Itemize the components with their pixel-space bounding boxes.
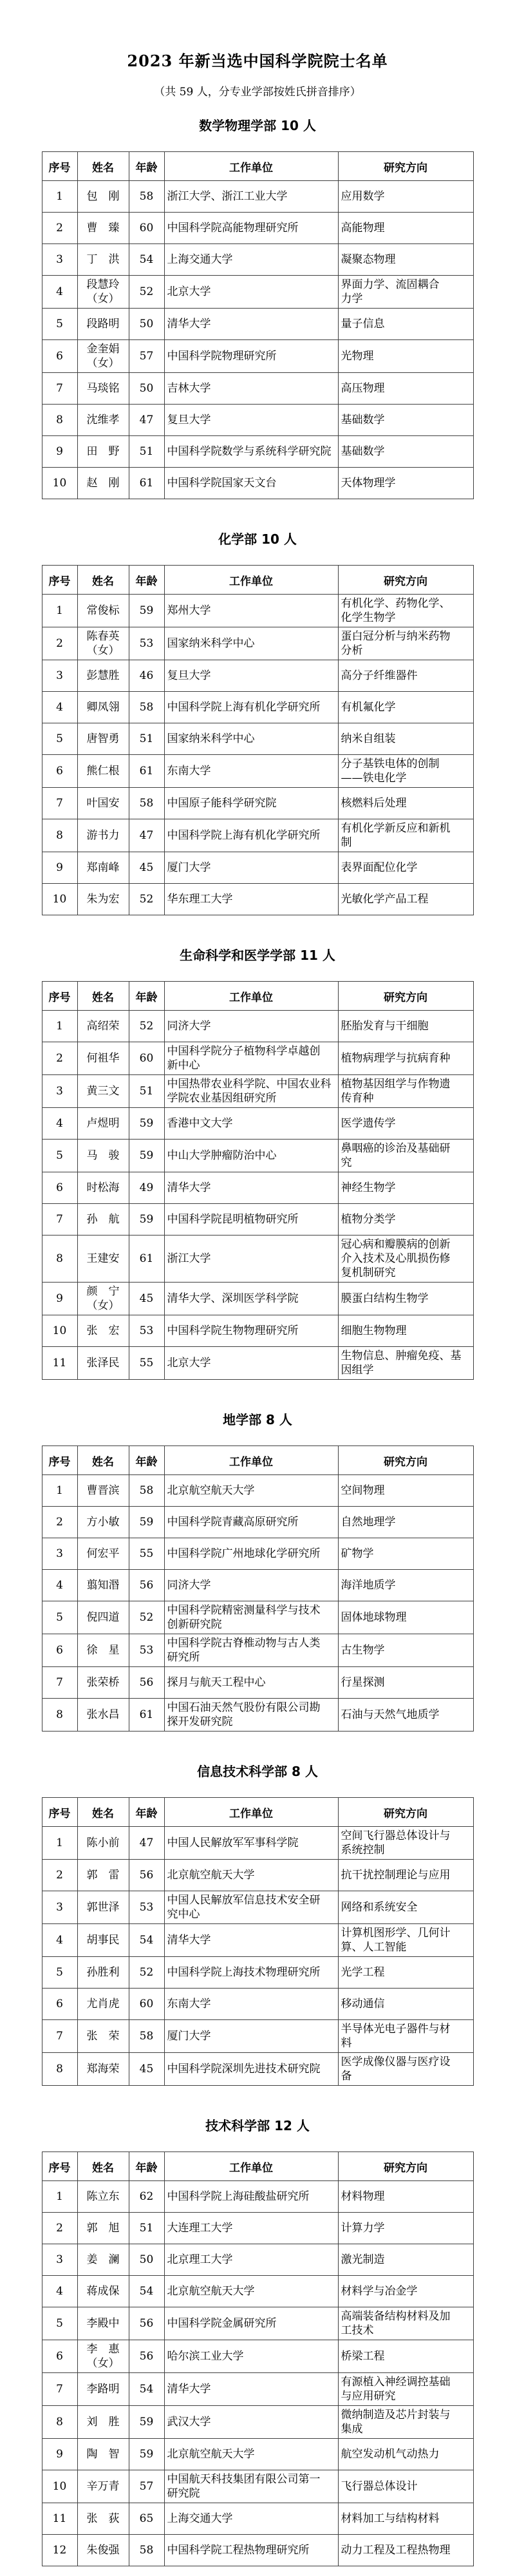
table-row: 8刘 胜59武汉大学微纳制造及芯片封装与 集成	[42, 2406, 473, 2439]
cell-no: 4	[42, 1924, 77, 1957]
cell-name: 田 野	[77, 436, 129, 468]
cell-name: 包 刚	[77, 181, 129, 213]
cell-field: 膜蛋白结构生物学	[338, 1283, 473, 1315]
column-header: 姓名	[77, 566, 129, 595]
table-row: 3郭世泽53中国人民解放军信息技术安全研 究中心网络和系统安全	[42, 1891, 473, 1924]
cell-no: 6	[42, 755, 77, 788]
cell-no: 6	[42, 1634, 77, 1667]
cell-field: 高分子纤维器件	[338, 660, 473, 692]
cell-field: 半导体光电子器件与材 料	[338, 2020, 473, 2053]
cell-field: 神经生物学	[338, 1172, 473, 1204]
table-row: 9田 野51中国科学院数学与系统科学研究院基础数学	[42, 436, 473, 468]
table-row: 2郭 旭51大连理工大学计算力学	[42, 2213, 473, 2244]
cell-name: 翦知湣	[77, 1570, 129, 1601]
cell-name: 卢煜明	[77, 1108, 129, 1140]
cell-age: 61	[129, 755, 164, 788]
cell-unit: 探月与航天工程中心	[164, 1667, 338, 1699]
cell-name: 朱俊强	[77, 2535, 129, 2566]
table-row: 3姜 澜50北京理工大学激光制造	[42, 2244, 473, 2276]
cell-name: 李 惠 （女）	[77, 2340, 129, 2373]
cell-age: 58	[129, 692, 164, 723]
cell-unit: 中国科学院工程热物理研究所	[164, 2535, 338, 2566]
table-row: 7李路明54清华大学有源植入神经调控基础 与应用研究	[42, 2373, 473, 2406]
section-heading: 技术科学部 12 人	[0, 2115, 515, 2136]
cell-field: 飞行器总体设计	[338, 2470, 473, 2503]
cell-field: 应用数学	[338, 181, 473, 213]
cell-name: 熊仁根	[77, 755, 129, 788]
column-header: 姓名	[77, 1798, 129, 1827]
cell-unit: 中国科学院高能物理研究所	[164, 213, 338, 244]
cell-name: 叶国安	[77, 788, 129, 819]
cell-no: 9	[42, 2439, 77, 2470]
table-row: 2陈春英 （女）53国家纳米科学中心蛋白冠分析与纳米药物 分析	[42, 627, 473, 660]
cell-field: 界面力学、流固耦合 力学	[338, 276, 473, 309]
table-row: 5倪四道52中国科学院精密测量科学与技术 创新研究院固体地球物理	[42, 1601, 473, 1634]
cell-age: 54	[129, 1924, 164, 1957]
cell-age: 47	[129, 1827, 164, 1860]
cell-age: 52	[129, 1601, 164, 1634]
cell-field: 材料物理	[338, 2181, 473, 2213]
table-row: 6李 惠 （女）56哈尔滨工业大学桥梁工程	[42, 2340, 473, 2373]
table-row: 8游书力47中国科学院上海有机化学研究所有机化学新反应和新机 制	[42, 819, 473, 852]
cell-field: 蛋白冠分析与纳米药物 分析	[338, 627, 473, 660]
cell-age: 51	[129, 436, 164, 468]
cell-age: 58	[129, 2535, 164, 2566]
cell-unit: 中国科学院金属研究所	[164, 2307, 338, 2340]
cell-field: 行星探测	[338, 1667, 473, 1699]
cell-unit: 北京航空航天大学	[164, 1860, 338, 1891]
table-row: 7孙 航59中国科学院昆明植物研究所植物分类学	[42, 1204, 473, 1236]
cell-field: 材料学与冶金学	[338, 2276, 473, 2307]
cell-no: 8	[42, 2406, 77, 2439]
cell-unit: 北京理工大学	[164, 2244, 338, 2276]
cell-name: 马 骏	[77, 1140, 129, 1172]
page-title: 2023 年新当选中国科学院院士名单	[0, 52, 515, 71]
cell-field: 医学成像仪器与医疗设 备	[338, 2053, 473, 2086]
cell-age: 58	[129, 788, 164, 819]
cell-age: 59	[129, 595, 164, 627]
cell-age: 55	[129, 1538, 164, 1570]
cell-field: 有机氟化学	[338, 692, 473, 723]
cell-field: 光学工程	[338, 1957, 473, 1989]
cell-field: 生物信息、肿瘤免疫、基 因组学	[338, 1347, 473, 1380]
table-row: 5马 骏59中山大学肿瘤防治中心鼻咽癌的诊治及基础研 究	[42, 1140, 473, 1172]
cell-name: 曹 臻	[77, 213, 129, 244]
cell-no: 3	[42, 244, 77, 276]
cell-field: 分子基铁电体的创制 ——铁电化学	[338, 755, 473, 788]
cell-name: 张 荻	[77, 2503, 129, 2535]
table-row: 7马琰铭50吉林大学高压物理	[42, 373, 473, 405]
cell-name: 方小敏	[77, 1507, 129, 1538]
column-header: 年龄	[129, 982, 164, 1011]
cell-unit: 中国科学院上海技术物理研究所	[164, 1957, 338, 1989]
cell-age: 53	[129, 1634, 164, 1667]
cell-field: 固体地球物理	[338, 1601, 473, 1634]
cell-no: 11	[42, 2503, 77, 2535]
cell-field: 空间飞行器总体设计与 系统控制	[338, 1827, 473, 1860]
cell-field: 植物基因组学与作物遗 传育种	[338, 1075, 473, 1108]
cell-name: 何宏平	[77, 1538, 129, 1570]
cell-no: 7	[42, 788, 77, 819]
column-header: 工作单位	[164, 1446, 338, 1475]
cell-no: 3	[42, 1891, 77, 1924]
cell-name: 张水昌	[77, 1699, 129, 1732]
column-header: 研究方向	[338, 1446, 473, 1475]
cell-name: 段慧玲 （女）	[77, 276, 129, 309]
cell-unit: 武汉大学	[164, 2406, 338, 2439]
cell-age: 55	[129, 1347, 164, 1380]
cell-field: 桥梁工程	[338, 2340, 473, 2373]
cell-age: 47	[129, 819, 164, 852]
cell-no: 2	[42, 627, 77, 660]
cell-no: 8	[42, 819, 77, 852]
cell-unit: 华东理工大学	[164, 884, 338, 915]
cell-field: 纳米自组装	[338, 723, 473, 755]
page-subtitle: （共 59 人，分专业学部按姓氏拼音排序）	[0, 85, 515, 100]
cell-no: 6	[42, 1989, 77, 2020]
cell-age: 51	[129, 2213, 164, 2244]
cell-no: 2	[42, 1507, 77, 1538]
table-row: 1曹晋滨58北京航空航天大学空间物理	[42, 1475, 473, 1507]
column-header: 年龄	[129, 2152, 164, 2181]
section-heading: 数学物理学部 10 人	[0, 115, 515, 136]
cell-no: 3	[42, 1075, 77, 1108]
cell-unit: 清华大学	[164, 1924, 338, 1957]
table-row: 1陈小前47中国人民解放军军事科学院空间飞行器总体设计与 系统控制	[42, 1827, 473, 1860]
cell-no: 7	[42, 2373, 77, 2406]
department-section: 化学部 10 人序号姓名年龄工作单位研究方向1常俊标59郑州大学有机化学、药物化…	[0, 529, 515, 915]
cell-name: 常俊标	[77, 595, 129, 627]
header-row: 序号姓名年龄工作单位研究方向	[42, 982, 473, 1011]
column-header: 年龄	[129, 1446, 164, 1475]
column-header: 研究方向	[338, 566, 473, 595]
table-row: 9颜 宁 （女）45清华大学、深圳医学科学院膜蛋白结构生物学	[42, 1283, 473, 1315]
roster-table: 序号姓名年龄工作单位研究方向1曹晋滨58北京航空航天大学空间物理2方小敏59中国…	[42, 1445, 474, 1732]
cell-unit: 中国科学院上海有机化学研究所	[164, 819, 338, 852]
table-row: 2何祖华60中国科学院分子植物科学卓越创 新中心植物病理学与抗病育种	[42, 1042, 473, 1075]
cell-no: 2	[42, 1860, 77, 1891]
cell-field: 植物分类学	[338, 1204, 473, 1236]
cell-age: 59	[129, 1140, 164, 1172]
cell-unit: 浙江大学	[164, 1236, 338, 1283]
cell-name: 张 荣	[77, 2020, 129, 2053]
cell-age: 65	[129, 2503, 164, 2535]
cell-name: 张荣桥	[77, 1667, 129, 1699]
column-header: 序号	[42, 152, 77, 181]
cell-field: 光物理	[338, 340, 473, 373]
table-row: 2郭 雷56北京航空航天大学抗干扰控制理论与应用	[42, 1860, 473, 1891]
cell-unit: 清华大学	[164, 309, 338, 340]
table-row: 1陈立东62中国科学院上海硅酸盐研究所材料物理	[42, 2181, 473, 2213]
cell-age: 59	[129, 2406, 164, 2439]
cell-name: 胡事民	[77, 1924, 129, 1957]
table-row: 7张荣桥56探月与航天工程中心行星探测	[42, 1667, 473, 1699]
cell-age: 60	[129, 1989, 164, 2020]
cell-name: 郑南峰	[77, 852, 129, 884]
cell-field: 高压物理	[338, 373, 473, 405]
table-row: 6熊仁根61东南大学分子基铁电体的创制 ——铁电化学	[42, 755, 473, 788]
cell-no: 8	[42, 2053, 77, 2086]
table-row: 1高绍荣52同济大学胚胎发育与干细胞	[42, 1011, 473, 1042]
cell-name: 郭 旭	[77, 2213, 129, 2244]
cell-unit: 吉林大学	[164, 373, 338, 405]
cell-no: 12	[42, 2535, 77, 2566]
column-header: 序号	[42, 2152, 77, 2181]
cell-no: 10	[42, 2470, 77, 2503]
cell-field: 凝聚态物理	[338, 244, 473, 276]
department-section: 地学部 8 人序号姓名年龄工作单位研究方向1曹晋滨58北京航空航天大学空间物理2…	[0, 1409, 515, 1732]
cell-field: 基础数学	[338, 405, 473, 436]
cell-name: 辛万青	[77, 2470, 129, 2503]
cell-unit: 中国科学院古脊椎动物与古人类 研究所	[164, 1634, 338, 1667]
cell-name: 孙胜利	[77, 1957, 129, 1989]
cell-unit: 中国科学院昆明植物研究所	[164, 1204, 338, 1236]
cell-field: 高端装备结构材料及加 工技术	[338, 2307, 473, 2340]
cell-field: 高能物理	[338, 213, 473, 244]
table-row: 1常俊标59郑州大学有机化学、药物化学、 化学生物学	[42, 595, 473, 627]
cell-name: 陶 智	[77, 2439, 129, 2470]
cell-age: 56	[129, 2307, 164, 2340]
cell-age: 52	[129, 1011, 164, 1042]
section-heading: 信息技术科学部 8 人	[0, 1761, 515, 1782]
table-row: 11张泽民55北京大学生物信息、肿瘤免疫、基 因组学	[42, 1347, 473, 1380]
cell-name: 郭世泽	[77, 1891, 129, 1924]
cell-field: 微纳制造及芯片封装与 集成	[338, 2406, 473, 2439]
cell-field: 核燃料后处理	[338, 788, 473, 819]
cell-name: 刘 胜	[77, 2406, 129, 2439]
table-row: 5李殿中56中国科学院金属研究所高端装备结构材料及加 工技术	[42, 2307, 473, 2340]
cell-unit: 国家纳米科学中心	[164, 627, 338, 660]
column-header: 年龄	[129, 152, 164, 181]
cell-no: 6	[42, 2340, 77, 2373]
cell-name: 李殿中	[77, 2307, 129, 2340]
cell-no: 4	[42, 1570, 77, 1601]
table-row: 10朱为宏52华东理工大学光敏化学产品工程	[42, 884, 473, 915]
roster-table: 序号姓名年龄工作单位研究方向1高绍荣52同济大学胚胎发育与干细胞2何祖华60中国…	[42, 981, 474, 1380]
cell-field: 计算力学	[338, 2213, 473, 2244]
department-section: 信息技术科学部 8 人序号姓名年龄工作单位研究方向1陈小前47中国人民解放军军事…	[0, 1761, 515, 2086]
cell-unit: 上海交通大学	[164, 2503, 338, 2535]
cell-name: 高绍荣	[77, 1011, 129, 1042]
cell-age: 54	[129, 2373, 164, 2406]
cell-name: 徐 星	[77, 1634, 129, 1667]
cell-field: 有机化学、药物化学、 化学生物学	[338, 595, 473, 627]
cell-unit: 清华大学	[164, 2373, 338, 2406]
cell-no: 1	[42, 1827, 77, 1860]
cell-age: 61	[129, 1699, 164, 1732]
cell-unit: 哈尔滨工业大学	[164, 2340, 338, 2373]
table-row: 9陶 智59北京航空航天大学航空发动机气动热力	[42, 2439, 473, 2470]
cell-age: 61	[129, 1236, 164, 1283]
cell-field: 矿物学	[338, 1538, 473, 1570]
cell-unit: 上海交通大学	[164, 244, 338, 276]
cell-age: 57	[129, 340, 164, 373]
table-row: 7张 荣58厦门大学半导体光电子器件与材 料	[42, 2020, 473, 2053]
table-row: 12朱俊强58中国科学院工程热物理研究所动力工程及工程热物理	[42, 2535, 473, 2566]
cell-field: 计算机图形学、几何计 算、人工智能	[338, 1924, 473, 1957]
cell-unit: 中国科学院深圳先进技术研究院	[164, 2053, 338, 2086]
cell-field: 海洋地质学	[338, 1570, 473, 1601]
cell-age: 50	[129, 373, 164, 405]
cell-unit: 中国科学院数学与系统科学研究院	[164, 436, 338, 468]
header-row: 序号姓名年龄工作单位研究方向	[42, 152, 473, 181]
cell-age: 52	[129, 276, 164, 309]
cell-name: 赵 刚	[77, 468, 129, 499]
roster-table: 序号姓名年龄工作单位研究方向1陈立东62中国科学院上海硅酸盐研究所材料物理2郭 …	[42, 2151, 474, 2566]
table-row: 11张 荻65上海交通大学材料加工与结构材料	[42, 2503, 473, 2535]
table-row: 3彭慧胜46复旦大学高分子纤维器件	[42, 660, 473, 692]
cell-age: 52	[129, 1957, 164, 1989]
cell-age: 49	[129, 1172, 164, 1204]
table-row: 4卿凤翎58中国科学院上海有机化学研究所有机氟化学	[42, 692, 473, 723]
cell-age: 59	[129, 1108, 164, 1140]
cell-no: 1	[42, 1475, 77, 1507]
cell-no: 8	[42, 1236, 77, 1283]
cell-no: 9	[42, 1283, 77, 1315]
cell-unit: 中国科学院精密测量科学与技术 创新研究院	[164, 1601, 338, 1634]
cell-unit: 中国科学院广州地球化学研究所	[164, 1538, 338, 1570]
cell-field: 冠心病和瓣膜病的创新 介入技术及心肌损伤修 复机制研究	[338, 1236, 473, 1283]
cell-age: 50	[129, 2244, 164, 2276]
cell-unit: 复旦大学	[164, 405, 338, 436]
column-header: 序号	[42, 566, 77, 595]
cell-name: 孙 航	[77, 1204, 129, 1236]
cell-age: 54	[129, 244, 164, 276]
cell-unit: 浙江大学、浙江工业大学	[164, 181, 338, 213]
cell-age: 58	[129, 2020, 164, 2053]
cell-field: 基础数学	[338, 436, 473, 468]
cell-age: 56	[129, 2340, 164, 2373]
table-row: 4翦知湣56同济大学海洋地质学	[42, 1570, 473, 1601]
column-header: 序号	[42, 1446, 77, 1475]
table-row: 8沈维孝47复旦大学基础数学	[42, 405, 473, 436]
cell-unit: 中国人民解放军军事科学院	[164, 1827, 338, 1860]
cell-field: 抗干扰控制理论与应用	[338, 1860, 473, 1891]
department-section: 生命科学和医学学部 11 人序号姓名年龄工作单位研究方向1高绍荣52同济大学胚胎…	[0, 945, 515, 1380]
table-row: 2方小敏59中国科学院青藏高原研究所自然地理学	[42, 1507, 473, 1538]
department-section: 技术科学部 12 人序号姓名年龄工作单位研究方向1陈立东62中国科学院上海硅酸盐…	[0, 2115, 515, 2566]
column-header: 年龄	[129, 1798, 164, 1827]
cell-field: 表界面配位化学	[338, 852, 473, 884]
cell-no: 8	[42, 1699, 77, 1732]
cell-no: 5	[42, 1601, 77, 1634]
cell-name: 曹晋滨	[77, 1475, 129, 1507]
cell-name: 陈春英 （女）	[77, 627, 129, 660]
table-row: 6徐 星53中国科学院古脊椎动物与古人类 研究所古生物学	[42, 1634, 473, 1667]
cell-name: 黄三文	[77, 1075, 129, 1108]
cell-name: 张泽民	[77, 1347, 129, 1380]
section-heading: 地学部 8 人	[0, 1409, 515, 1430]
column-header: 序号	[42, 982, 77, 1011]
cell-name: 朱为宏	[77, 884, 129, 915]
cell-age: 62	[129, 2181, 164, 2213]
cell-no: 5	[42, 1140, 77, 1172]
cell-name: 时松海	[77, 1172, 129, 1204]
table-row: 10辛万青57中国航天科技集团有限公司第一 研究院飞行器总体设计	[42, 2470, 473, 2503]
cell-no: 7	[42, 1667, 77, 1699]
cell-unit: 大连理工大学	[164, 2213, 338, 2244]
cell-unit: 郑州大学	[164, 595, 338, 627]
cell-unit: 中山大学肿瘤防治中心	[164, 1140, 338, 1172]
cell-no: 3	[42, 2244, 77, 2276]
cell-field: 医学遗传学	[338, 1108, 473, 1140]
cell-name: 李路明	[77, 2373, 129, 2406]
cell-no: 10	[42, 468, 77, 499]
cell-no: 4	[42, 276, 77, 309]
cell-field: 细胞生物物理	[338, 1315, 473, 1347]
cell-field: 胚胎发育与干细胞	[338, 1011, 473, 1042]
cell-field: 光敏化学产品工程	[338, 884, 473, 915]
cell-no: 1	[42, 181, 77, 213]
cell-name: 马琰铭	[77, 373, 129, 405]
cell-age: 59	[129, 2439, 164, 2470]
cell-unit: 中国科学院上海有机化学研究所	[164, 692, 338, 723]
cell-name: 彭慧胜	[77, 660, 129, 692]
cell-age: 58	[129, 1475, 164, 1507]
cell-name: 郑海荣	[77, 2053, 129, 2086]
cell-unit: 复旦大学	[164, 660, 338, 692]
cell-age: 50	[129, 309, 164, 340]
cell-unit: 北京航空航天大学	[164, 2439, 338, 2470]
cell-field: 有源植入神经调控基础 与应用研究	[338, 2373, 473, 2406]
header-row: 序号姓名年龄工作单位研究方向	[42, 1446, 473, 1475]
cell-name: 何祖华	[77, 1042, 129, 1075]
cell-no: 10	[42, 884, 77, 915]
cell-unit: 中国科学院物理研究所	[164, 340, 338, 373]
section-heading: 生命科学和医学学部 11 人	[0, 945, 515, 966]
cell-unit: 北京航空航天大学	[164, 2276, 338, 2307]
cell-age: 53	[129, 627, 164, 660]
cell-name: 唐智勇	[77, 723, 129, 755]
cell-field: 天体物理学	[338, 468, 473, 499]
cell-no: 2	[42, 213, 77, 244]
column-header: 研究方向	[338, 152, 473, 181]
column-header: 研究方向	[338, 982, 473, 1011]
cell-name: 陈小前	[77, 1827, 129, 1860]
cell-name: 丁 洪	[77, 244, 129, 276]
column-header: 年龄	[129, 566, 164, 595]
cell-unit: 中国原子能科学研究院	[164, 788, 338, 819]
table-row: 1包 刚58浙江大学、浙江工业大学应用数学	[42, 181, 473, 213]
cell-age: 45	[129, 852, 164, 884]
cell-unit: 中国科学院国家天文台	[164, 468, 338, 499]
cell-age: 61	[129, 468, 164, 499]
cell-no: 7	[42, 373, 77, 405]
cell-field: 激光制造	[338, 2244, 473, 2276]
cell-age: 57	[129, 2470, 164, 2503]
cell-name: 尤肖虎	[77, 1989, 129, 2020]
cell-unit: 中国科学院分子植物科学卓越创 新中心	[164, 1042, 338, 1075]
cell-age: 47	[129, 405, 164, 436]
cell-field: 材料加工与结构材料	[338, 2503, 473, 2535]
cell-unit: 厦门大学	[164, 852, 338, 884]
cell-unit: 清华大学	[164, 1172, 338, 1204]
cell-field: 航空发动机气动热力	[338, 2439, 473, 2470]
cell-unit: 中国石油天然气股份有限公司勘 探开发研究院	[164, 1699, 338, 1732]
cell-no: 9	[42, 436, 77, 468]
cell-no: 2	[42, 2213, 77, 2244]
cell-age: 51	[129, 1075, 164, 1108]
cell-age: 45	[129, 2053, 164, 2086]
cell-age: 59	[129, 1507, 164, 1538]
cell-name: 游书力	[77, 819, 129, 852]
cell-no: 1	[42, 595, 77, 627]
cell-name: 金奎娟 （女）	[77, 340, 129, 373]
table-row: 6时松海49清华大学神经生物学	[42, 1172, 473, 1204]
cell-unit: 东南大学	[164, 1989, 338, 2020]
sections-container: 数学物理学部 10 人序号姓名年龄工作单位研究方向1包 刚58浙江大学、浙江工业…	[0, 115, 515, 2566]
cell-age: 58	[129, 181, 164, 213]
